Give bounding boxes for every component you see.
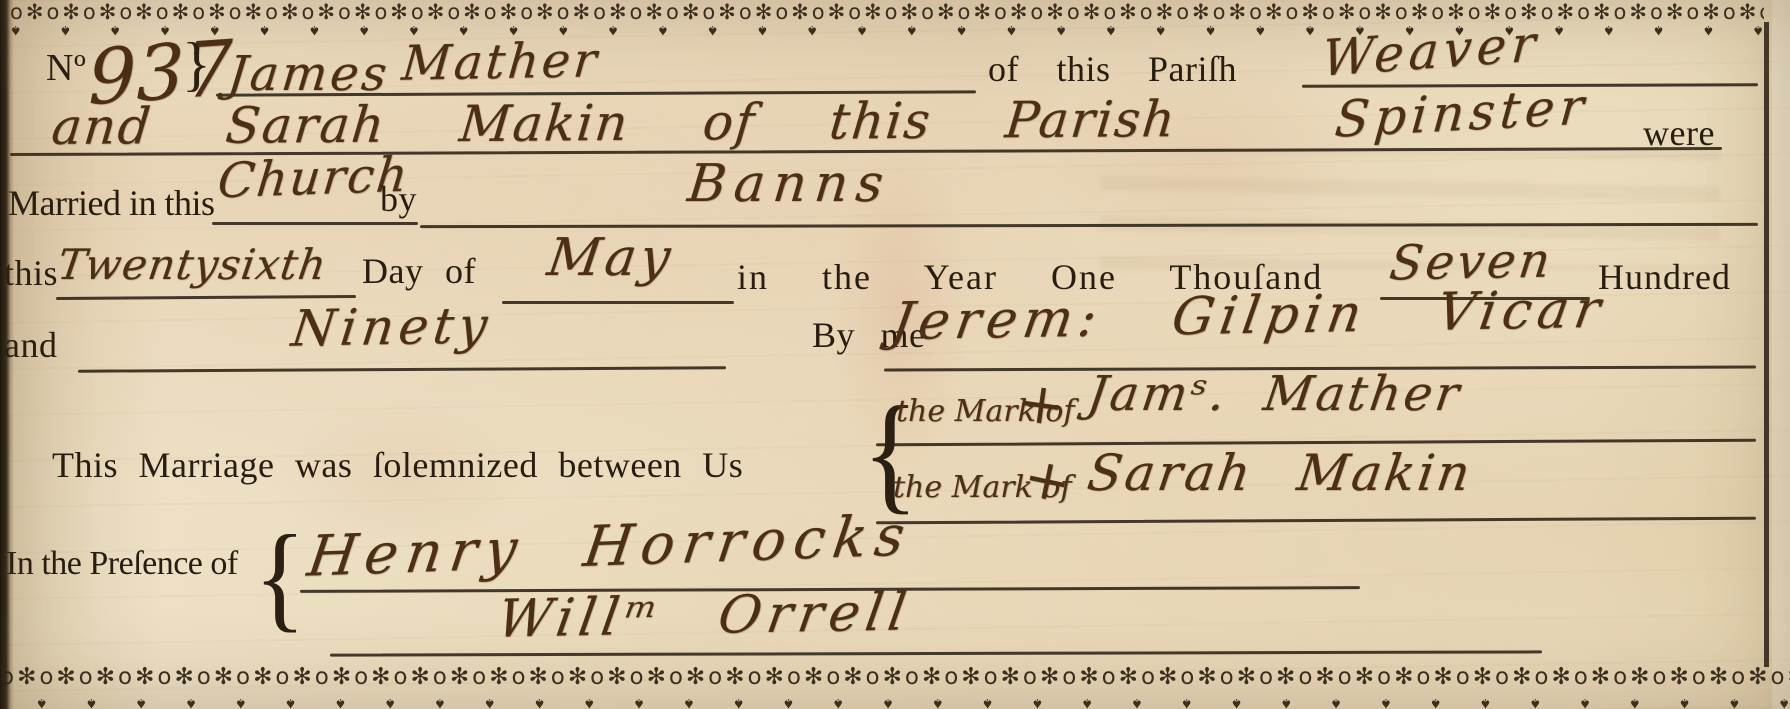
printed-by: by	[380, 178, 417, 220]
bride-condition: Spinster	[1333, 77, 1591, 149]
printed-this: this	[4, 252, 58, 294]
groom-mark-cross: +	[1014, 369, 1070, 440]
printed-and: and	[4, 324, 57, 366]
right-margin-rule	[1764, 22, 1769, 667]
bottom-border-fleur-ornament: ♠ ♠ ♠ ♠ ♠ ♠ ♠ ♠ ♠ ♠ ♠ ♠ ♠ ♠ ♠ ♠ ♠ ♠ ♠ ♠ …	[0, 697, 1790, 709]
printed-in-the-presence-of: In the Preſence of	[6, 545, 238, 583]
page-right-edge	[1772, 0, 1790, 709]
printed-hundred: Hundred	[1598, 256, 1731, 298]
rule-line	[330, 650, 1542, 656]
presence-brace: {	[254, 519, 306, 638]
rule-line	[212, 222, 418, 225]
year-tens: Ninety	[288, 296, 495, 358]
printed-solemnized: This Marriage was ſolemnized between Us	[52, 444, 743, 486]
bride-mark-cross: +	[1018, 444, 1077, 517]
entry-number-brace: }	[182, 34, 211, 94]
groom-surname: Mather	[400, 32, 602, 92]
bride-signature: Sarah Makin	[1084, 444, 1477, 502]
bottom-border-chain-ornament: o✻o✻o✻o✻o✻o✻o✻o✻o✻o✻o✻o✻o✻o✻o✻o✻o✻o✻o✻o✻…	[0, 666, 1790, 694]
witness2-signature: Willᵐ Orrell	[493, 582, 916, 649]
entry-number-label: Nº	[46, 46, 86, 90]
officiant-signature: Jerem: Gilpin Vicar	[887, 280, 1610, 353]
marriage-month: May	[544, 228, 678, 288]
groom-signature: Jamˢ. Mather	[1084, 366, 1465, 422]
marriage-register-page: o✻o✻o✻o✻o✻o✻o✻o✻o✻o✻o✻o✻o✻o✻o✻o✻o✻o✻o✻o✻…	[0, 0, 1790, 709]
witness1-signature: Henry Horrocks	[304, 503, 917, 589]
rule-line	[502, 301, 734, 304]
groom-first-name: James	[225, 46, 392, 102]
marriage-method: Banns	[685, 154, 894, 214]
printed-day-of: Day of	[362, 250, 476, 292]
rule-line	[876, 517, 1756, 525]
marriage-day: Twentysixth	[55, 240, 330, 289]
printed-married-in-this: Married in this	[8, 182, 214, 224]
printed-were: were	[1643, 112, 1715, 154]
printed-of-this-parish: of this Pariſh	[988, 48, 1237, 90]
rule-line	[78, 366, 726, 372]
bride-entry: and Sarah Makin of this Parish	[49, 90, 1179, 156]
